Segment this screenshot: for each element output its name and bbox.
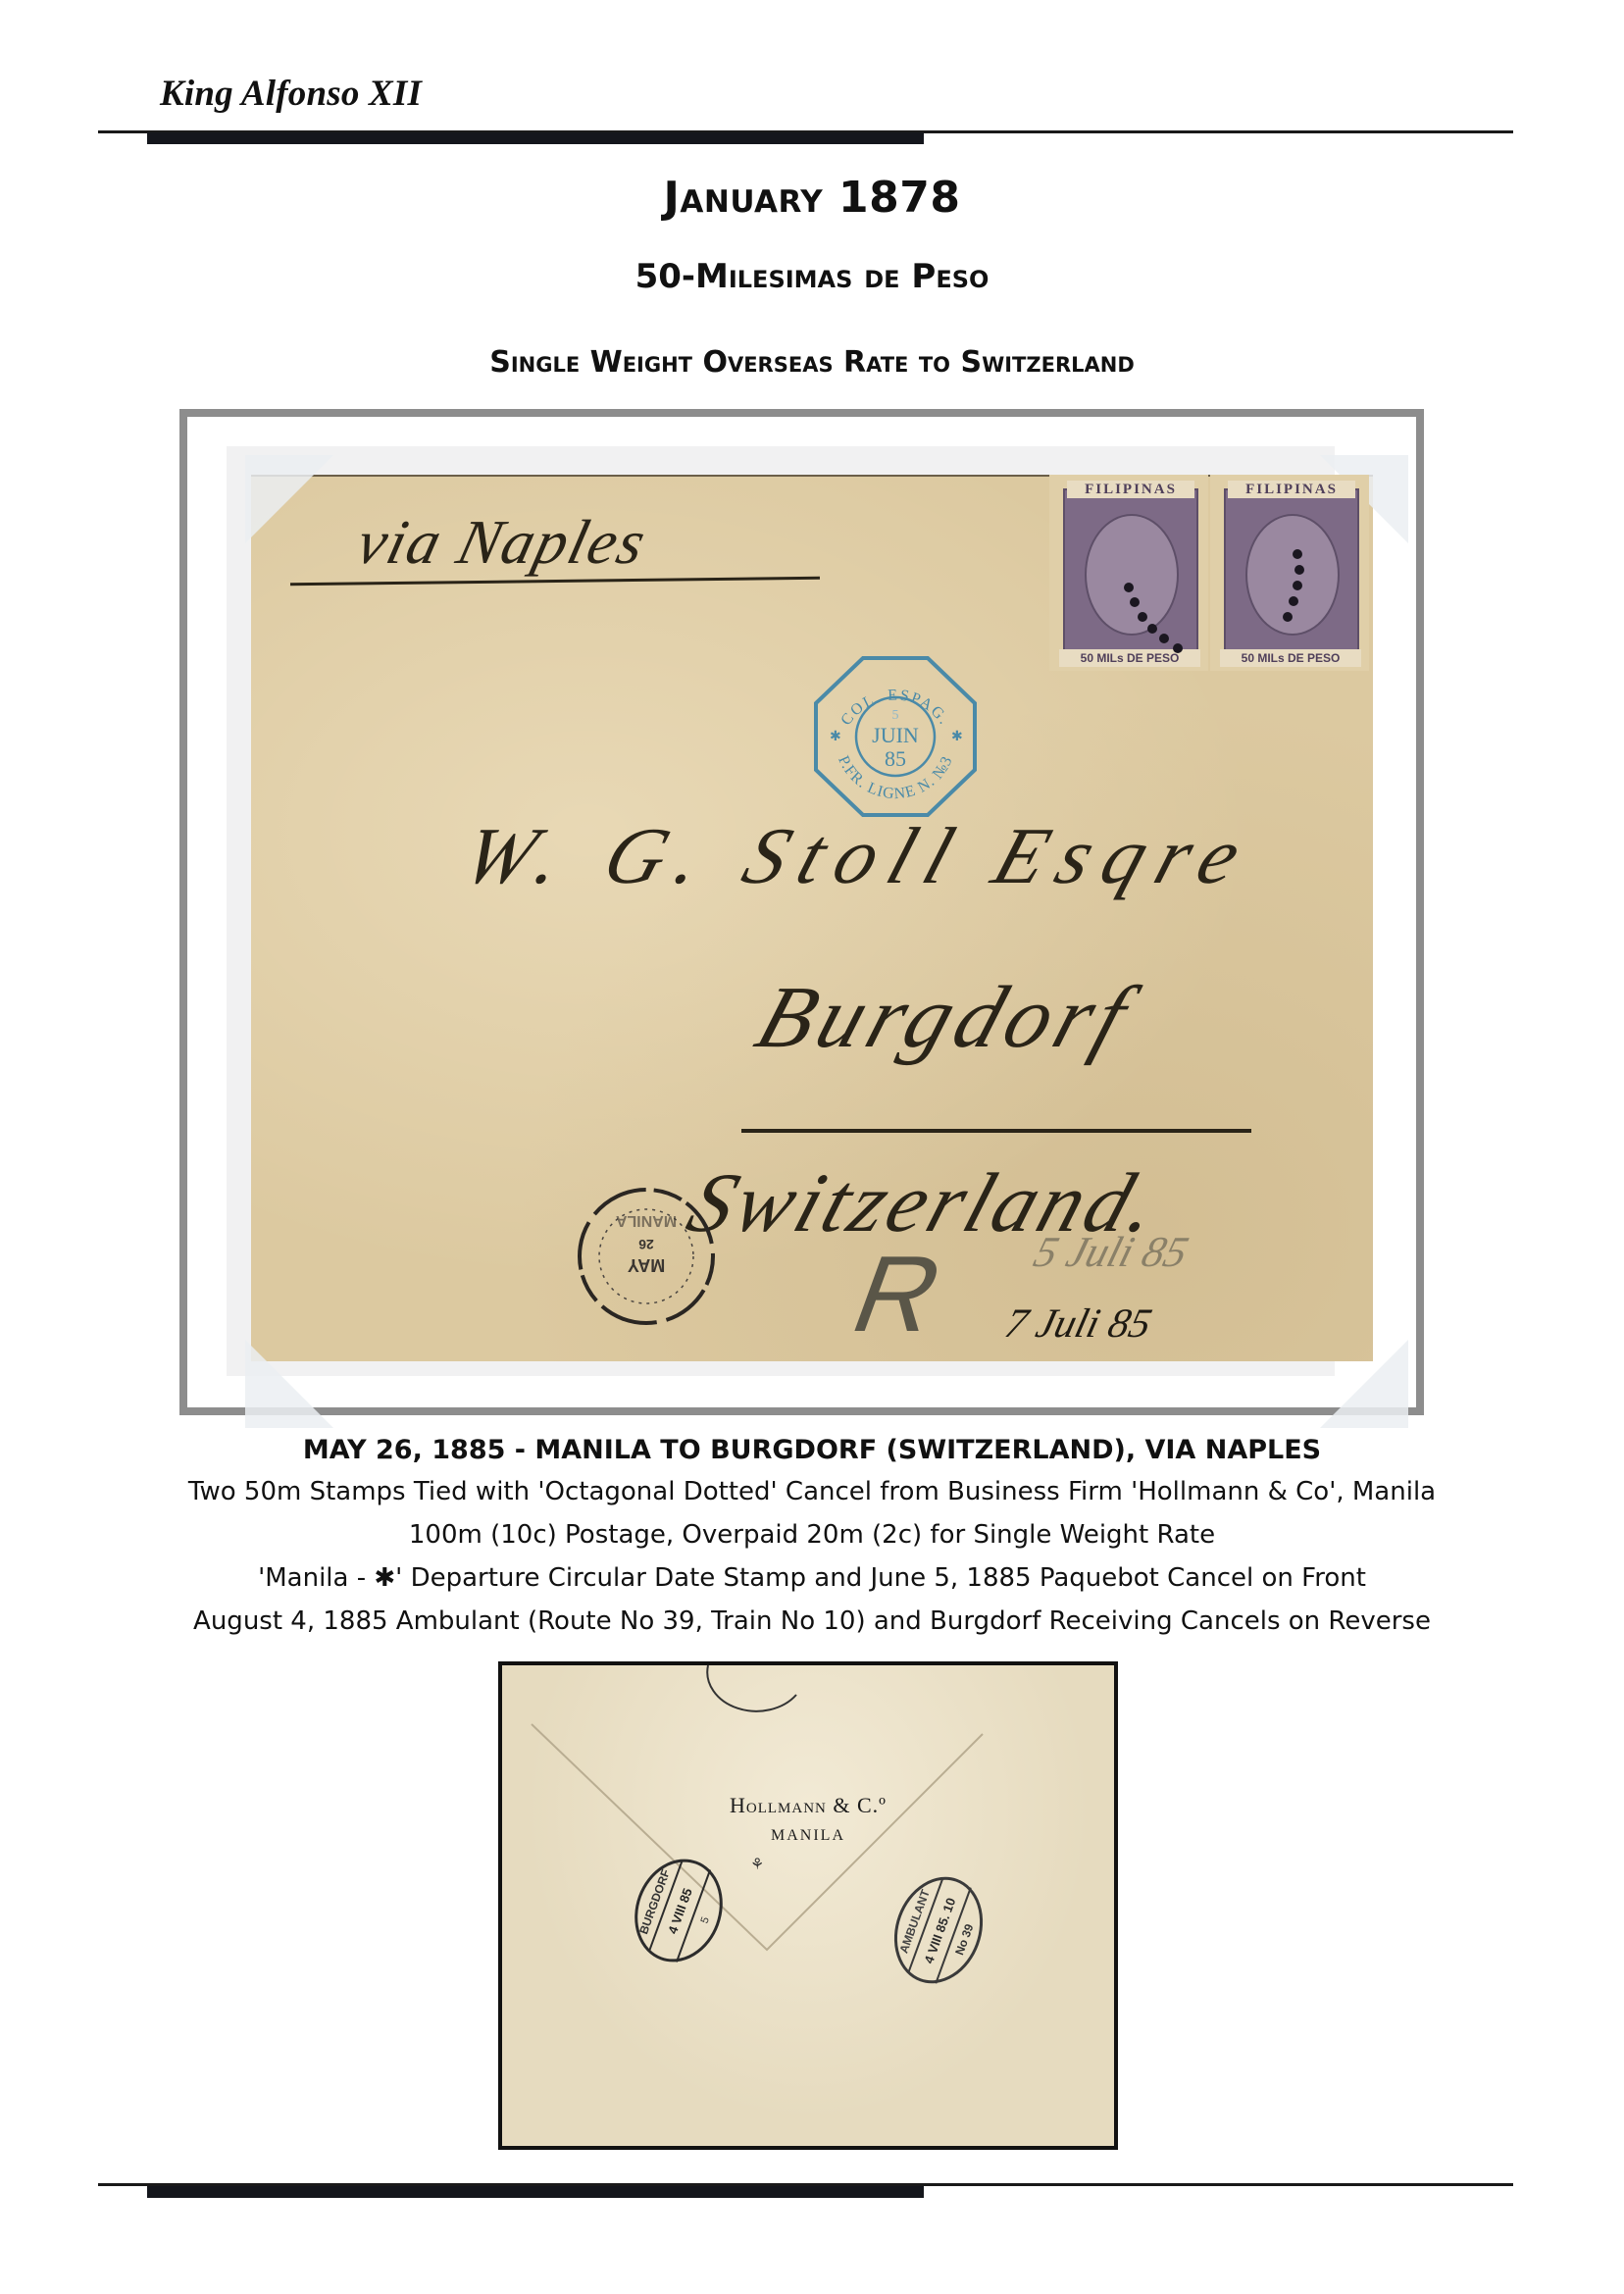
recipient-city: Burgdorf — [744, 967, 1144, 1068]
front-cover-envelope: via Naples FILIPINAS 50 MILs DE PESO FIL… — [251, 475, 1373, 1361]
mount-corner — [1320, 1340, 1408, 1428]
paquebot-octagonal-cancel: COL. ESPAG. P.FR. LIGNE N. №3 ✱ ✱ 5 JUIN… — [812, 654, 979, 819]
stamp-country-label: FILIPINAS — [1228, 481, 1355, 498]
stamp-50m: FILIPINAS 50 MILs DE PESO — [1210, 475, 1369, 671]
recipient-name: W. G. Stoll Esqre — [452, 810, 1266, 902]
dotted-cancel-dot — [1294, 565, 1304, 575]
svg-text:5: 5 — [699, 1915, 712, 1925]
caption-line: 'Manila - ✱' Departure Circular Date Sta… — [0, 1563, 1624, 1593]
rate-heading: Single Weight Overseas Rate to Switzerla… — [0, 345, 1624, 380]
svg-text:JUIN: JUIN — [872, 723, 919, 747]
stamp-50m: FILIPINAS 50 MILs DE PESO — [1049, 475, 1208, 671]
dotted-cancel-dot — [1293, 549, 1302, 559]
envelope-flap: BURGDORF 4 VIII 85 5 AMBULANT 4 VIII 85.… — [502, 1665, 1114, 2146]
mount-corner — [245, 455, 333, 543]
svg-text:85: 85 — [885, 746, 906, 771]
caption-line: 100m (10c) Postage, Overpaid 20m (2c) fo… — [0, 1520, 1624, 1550]
svg-text:✱: ✱ — [830, 729, 841, 744]
dotted-cancel-dot — [1147, 624, 1157, 634]
svg-text:✱: ✱ — [951, 729, 963, 744]
footer-rule-thick — [147, 2186, 924, 2198]
firm-imprint-name: Hollmann & C.º — [502, 1793, 1114, 1818]
dotted-cancel-dot — [1159, 634, 1169, 643]
king-portrait — [1245, 514, 1340, 636]
svg-text:⚘: ⚘ — [750, 1855, 764, 1873]
dotted-cancel-dot — [1173, 643, 1183, 653]
king-portrait — [1085, 514, 1179, 636]
caption-line: Two 50m Stamps Tied with 'Octagonal Dott… — [0, 1477, 1624, 1506]
reverse-cover-image: BURGDORF 4 VIII 85 5 AMBULANT 4 VIII 85.… — [498, 1661, 1118, 2150]
stamp-value-label: 50 MILs DE PESO — [1220, 649, 1361, 667]
ink-receipt-note: 7 Juli 85 — [1000, 1300, 1156, 1348]
issue-date-heading: January 1878 — [0, 173, 1624, 223]
caption-line: August 4, 1885 Ambulant (Route No 39, Tr… — [0, 1606, 1624, 1636]
dotted-cancel-dot — [1130, 597, 1140, 607]
svg-text:5: 5 — [892, 708, 899, 723]
dotted-cancel-dot — [1283, 612, 1293, 622]
dotted-cancel-dot — [1289, 596, 1298, 606]
header-rule-thick — [147, 132, 924, 144]
svg-text:MANILA: MANILA — [615, 1212, 677, 1229]
route-annotation: via Naples — [350, 506, 654, 579]
dotted-cancel-dot — [1138, 612, 1147, 622]
stamp-country-label: FILIPINAS — [1067, 481, 1194, 498]
denomination-heading: 50-Milesimas de Peso — [0, 257, 1624, 296]
manila-departure-cancel: MAY 26 MANILA — [573, 1183, 720, 1330]
mount-corner — [245, 1340, 333, 1428]
dotted-cancel-dot — [1293, 581, 1302, 590]
firm-imprint-city: MANILA — [502, 1827, 1114, 1845]
cover-caption-title: MAY 26, 1885 - MANILA TO BURGDORF (SWITZ… — [0, 1435, 1624, 1465]
pencil-receipt-note: 5 Juli 85 — [1029, 1227, 1194, 1277]
svg-text:26: 26 — [638, 1237, 654, 1252]
front-cover-frame: via Naples FILIPINAS 50 MILs DE PESO FIL… — [179, 409, 1424, 1415]
album-page-title: King Alfonso XII — [160, 73, 422, 115]
svg-text:MAY: MAY — [628, 1255, 665, 1275]
address-underline — [741, 1129, 1251, 1133]
dotted-cancel-dot — [1124, 583, 1134, 592]
